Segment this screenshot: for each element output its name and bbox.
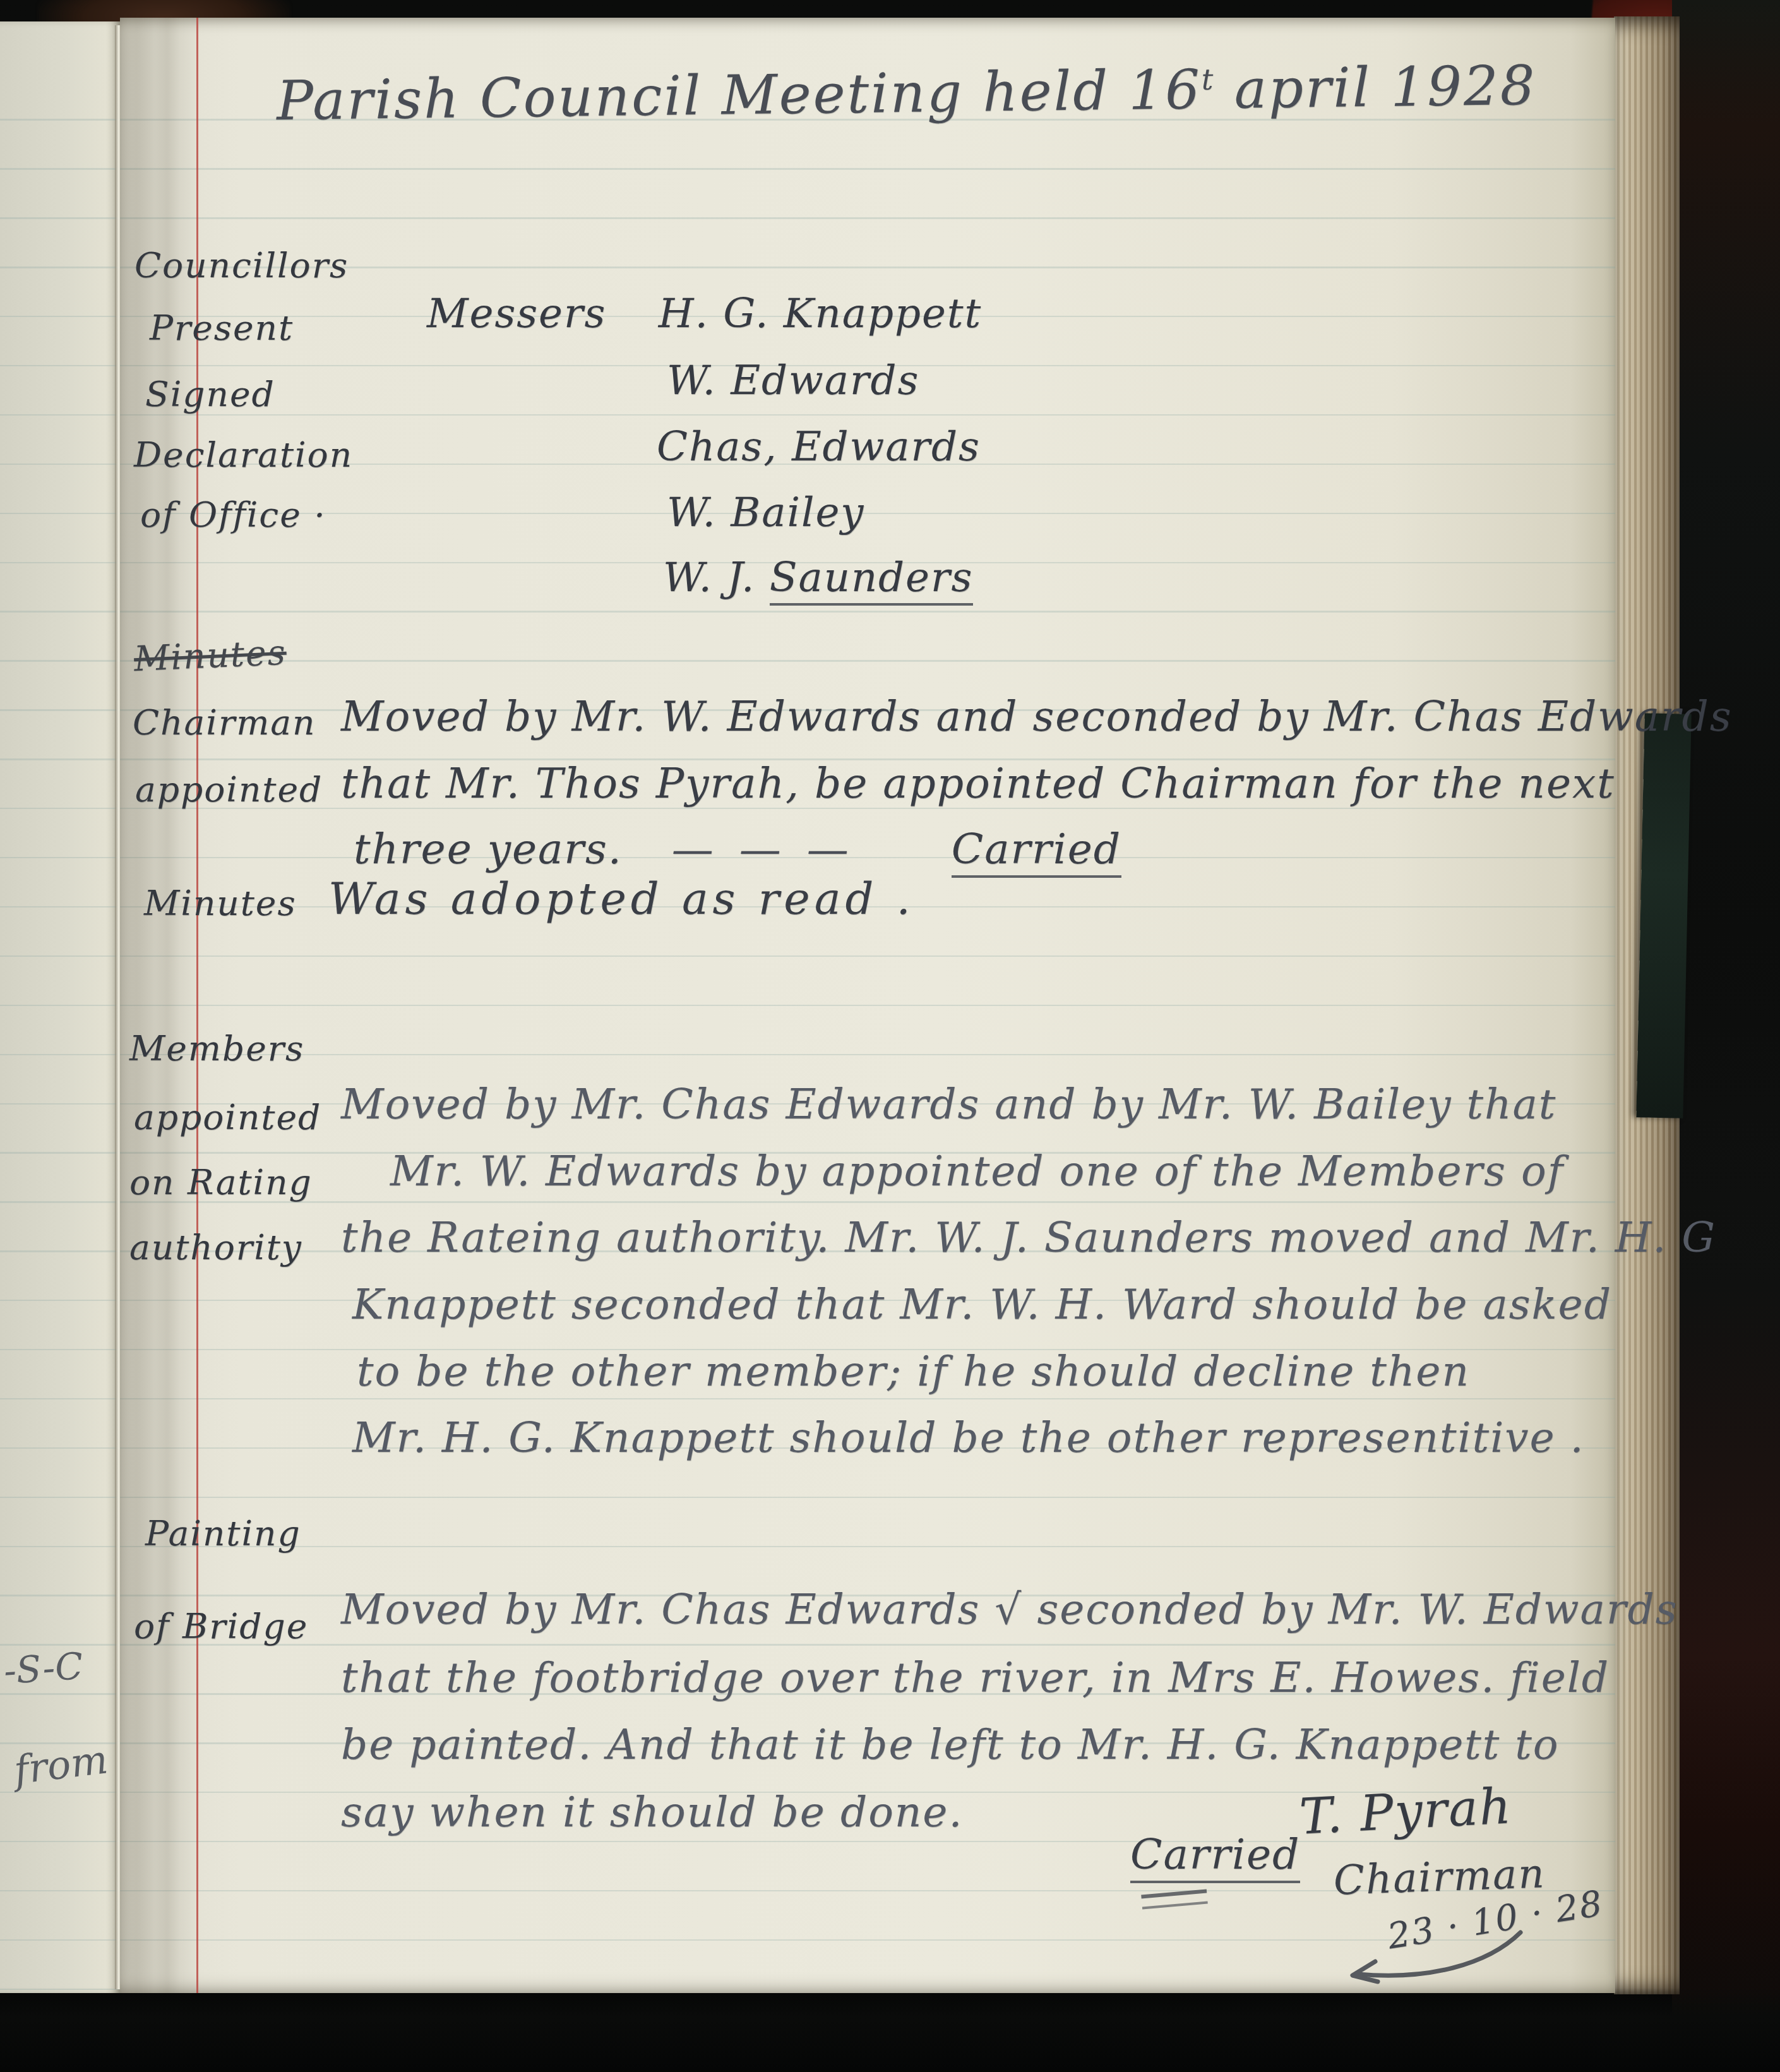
attendee-name-prefix: W. J. bbox=[663, 554, 770, 601]
minutes-text-line: Knappett seconded that Mr. W. H. Ward sh… bbox=[352, 1280, 1612, 1329]
margin-label-on-rating: on Rating bbox=[129, 1162, 313, 1202]
attendee-name: Chas, Edwards bbox=[657, 424, 981, 470]
attendee-line: Messers H. G. Knappett bbox=[427, 290, 982, 337]
attendee-name: W. J. Saunders bbox=[663, 554, 973, 601]
margin-label-painting: Painting bbox=[145, 1513, 301, 1554]
attendee-name: W. Edwards bbox=[667, 357, 919, 404]
carried-word: Carried bbox=[1130, 1830, 1300, 1883]
carried-annotation: Carried bbox=[952, 825, 1121, 878]
minutes-text-line: Moved by Mr. Chas Edwards √ seconded by … bbox=[341, 1585, 1678, 1634]
margin-label-minutes: Minutes bbox=[144, 883, 297, 923]
page-title: Parish Council Meeting held 16t april 19… bbox=[276, 54, 1536, 133]
minutes-text-line: that Mr. Thos Pyrah, be appointed Chairm… bbox=[341, 759, 1615, 808]
minutes-text-line: Mr. H. G. Knappett should be the other r… bbox=[352, 1413, 1585, 1462]
margin-label-appointed: appointed bbox=[134, 1097, 321, 1137]
attendee-name: H. G. Knappett bbox=[659, 290, 982, 337]
margin-label-present: Present bbox=[150, 308, 294, 348]
margin-label-appointed: appointed bbox=[135, 769, 323, 810]
signature-flourish bbox=[1339, 1926, 1528, 1989]
minutes-text-line: Mr. W. Edwards by appointed one of the M… bbox=[390, 1147, 1564, 1195]
margin-label-minutes-struck: Minutes bbox=[133, 632, 287, 679]
margin-label-councillors: Councillors bbox=[134, 245, 349, 285]
attendee-name: W. Bailey bbox=[667, 489, 864, 536]
margin-label-of-office: of Office · bbox=[140, 494, 326, 535]
title-text: april 1928 bbox=[1215, 54, 1537, 121]
minutes-text-line: be painted. And that it be left to Mr. H… bbox=[341, 1720, 1559, 1769]
minutes-text-line: the Rateing authority. Mr. W. J. Saunder… bbox=[341, 1213, 1716, 1262]
margin-label-authority: authority bbox=[129, 1227, 302, 1267]
margin-label-of-bridge: of Bridge bbox=[134, 1606, 308, 1646]
minutes-text-line: Moved by Mr. W. Edwards and seconded by … bbox=[341, 692, 1733, 741]
minutes-text-line: Moved by Mr. Chas Edwards and by Mr. W. … bbox=[341, 1080, 1556, 1129]
carried-annotation: Carried bbox=[1130, 1830, 1300, 1879]
margin-label-signed: Signed bbox=[145, 374, 275, 414]
messrs-word: Messers bbox=[427, 290, 606, 337]
title-superscript: t bbox=[1201, 62, 1215, 96]
minutes-text-line: say when it should be done. bbox=[341, 1788, 963, 1836]
rule-off-dashes: — — — bbox=[672, 825, 855, 873]
handwritten-content: Parish Council Meeting held 16t april 19… bbox=[0, 0, 1780, 2072]
minutes-text-line: that the footbridge over the river, in M… bbox=[341, 1653, 1610, 1702]
margin-label-declaration: Declaration bbox=[134, 434, 353, 475]
margin-label-chairman: Chairman bbox=[133, 702, 316, 743]
scanned-minute-book-photo: -S-C from Parish Council Meeting held 16… bbox=[0, 0, 1780, 2072]
minutes-text: three years. bbox=[354, 825, 623, 873]
title-text: Parish Council Meeting held 16 bbox=[276, 58, 1202, 133]
attendee-name-underlined: Saunders bbox=[770, 554, 974, 606]
minutes-text-line: three years. — — — Carried bbox=[354, 825, 1121, 873]
chairman-signature: T. Pyrah bbox=[1298, 1778, 1514, 1846]
minutes-text-line: to be the other member; if he should dec… bbox=[357, 1347, 1470, 1396]
carried-underline-dashes bbox=[1141, 1889, 1208, 1910]
margin-label-members: Members bbox=[129, 1028, 304, 1069]
minutes-text-line: Was adopted as read . bbox=[328, 873, 915, 925]
